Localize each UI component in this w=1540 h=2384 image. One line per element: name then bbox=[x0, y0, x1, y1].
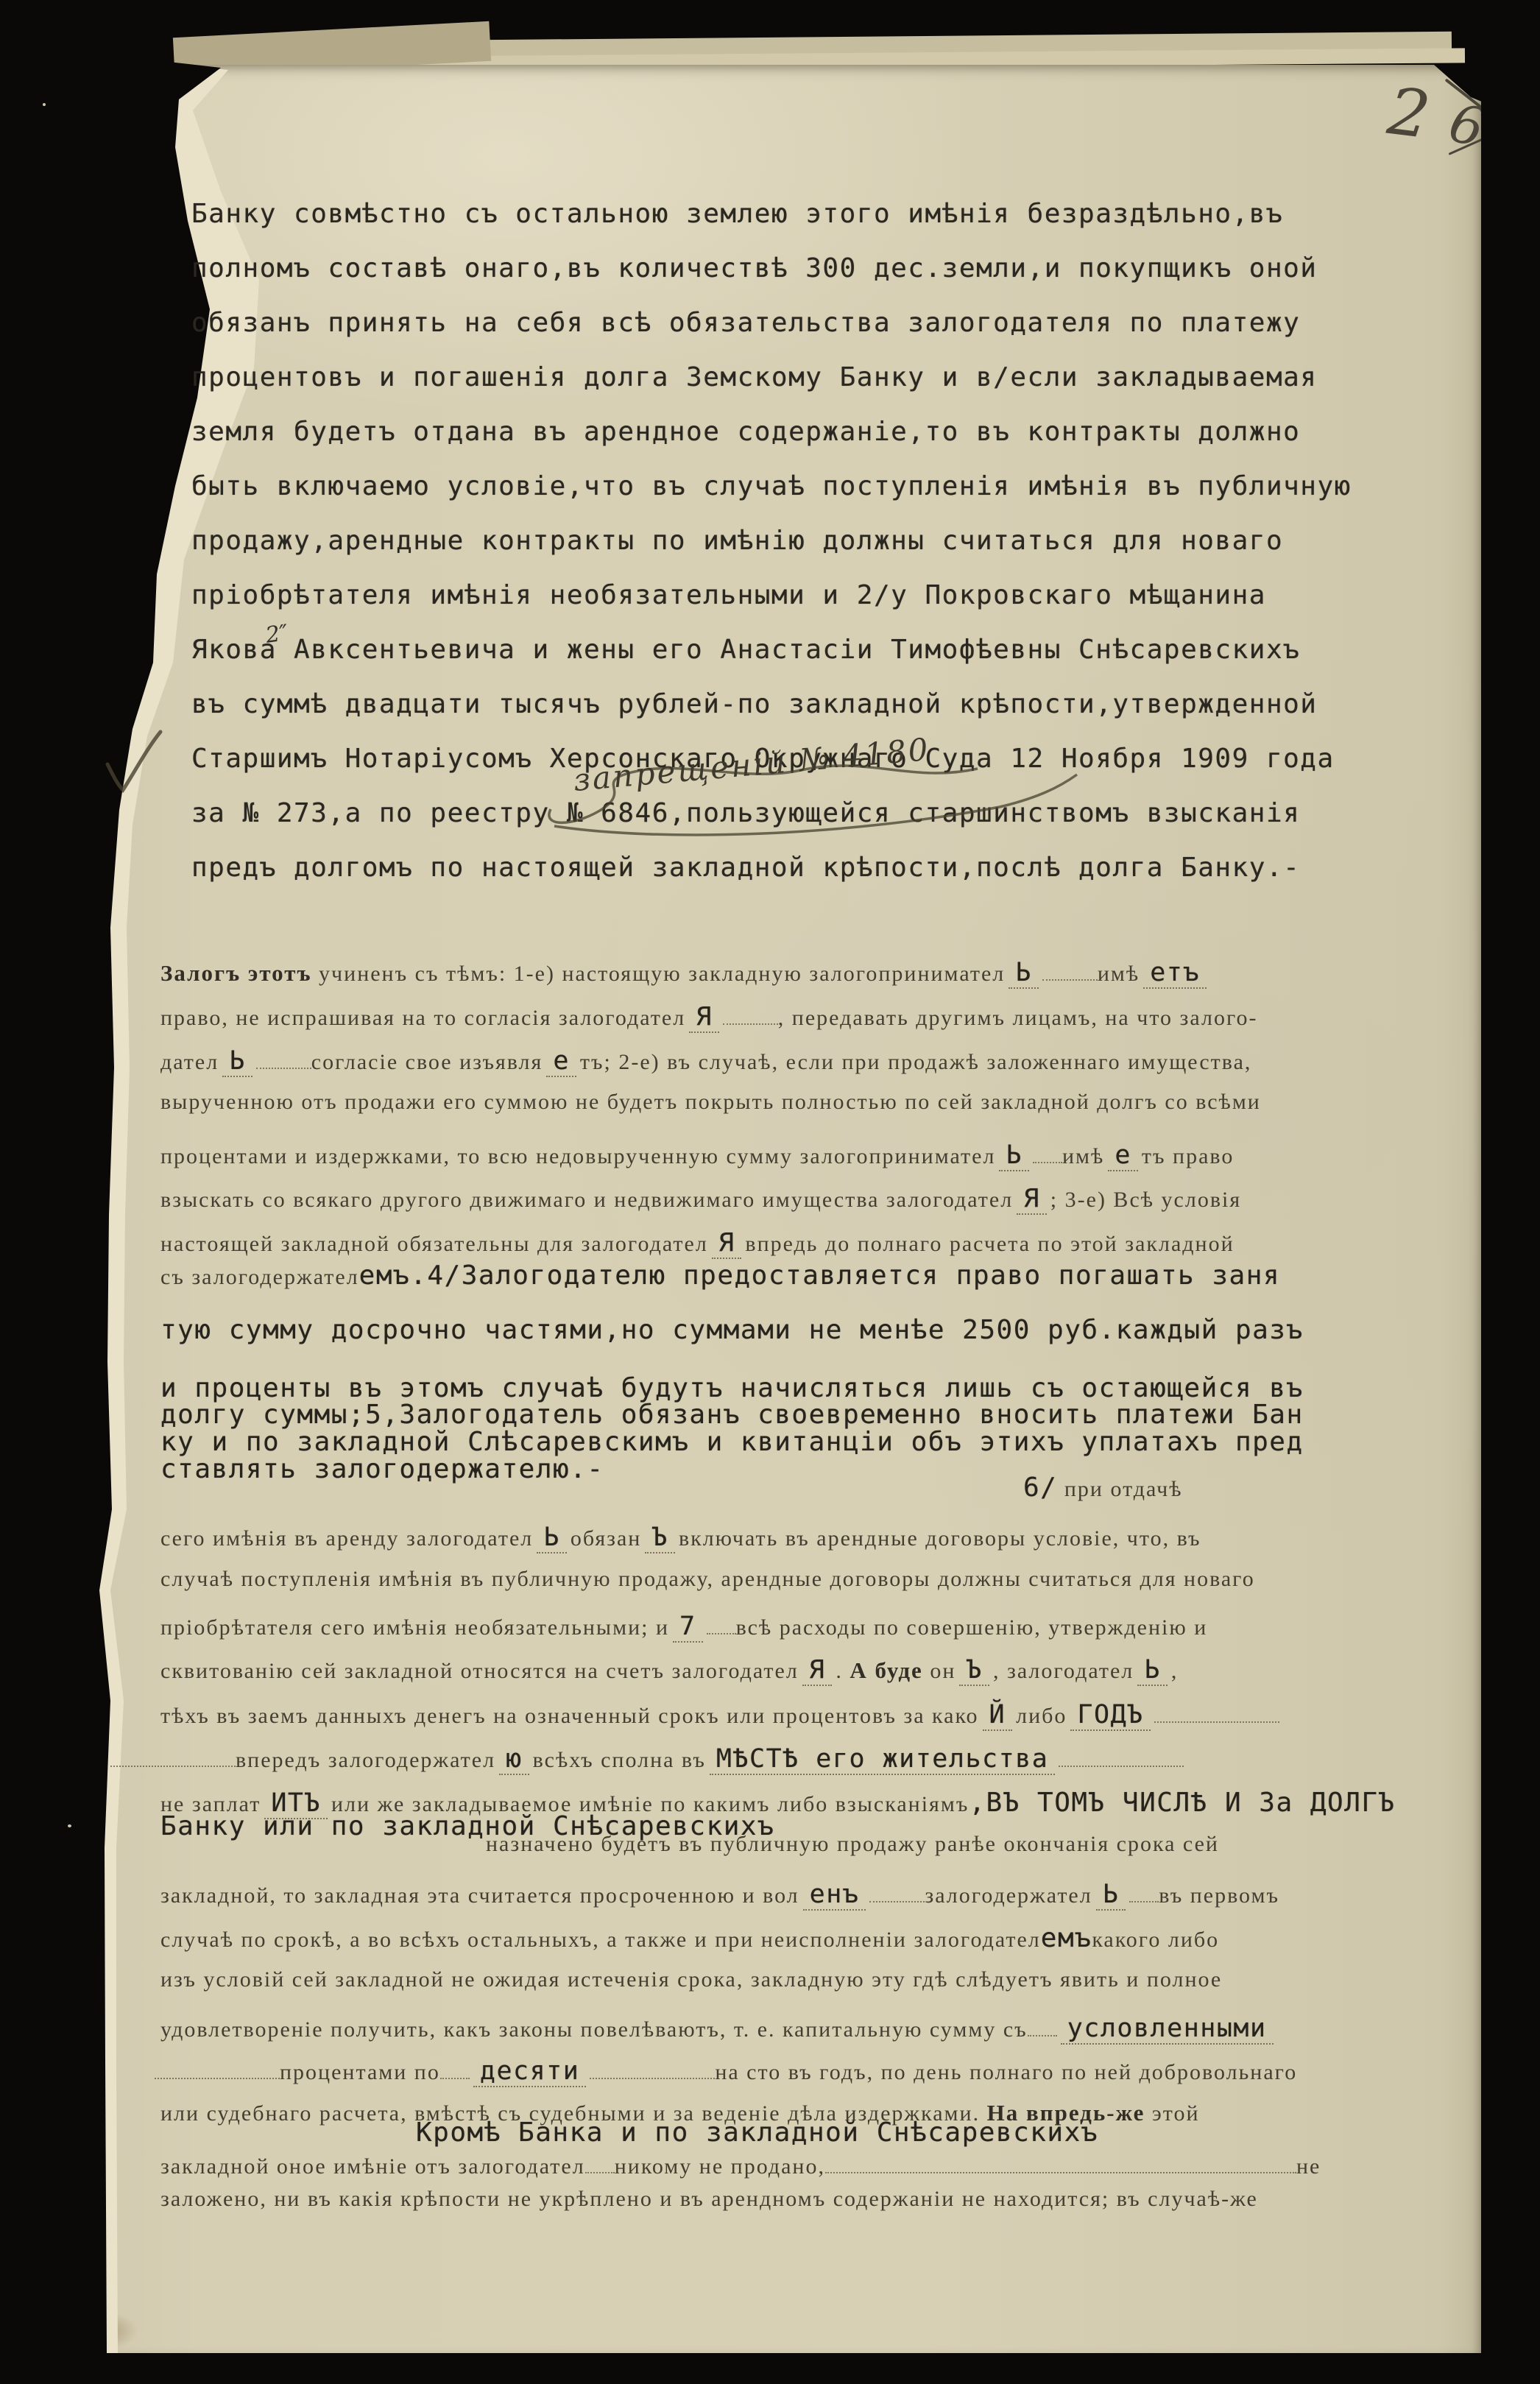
form-line: 6/ при отдачѣ bbox=[1023, 1473, 1183, 1503]
form-segment: тъ право bbox=[1142, 1144, 1234, 1168]
dotted-blank bbox=[1033, 1140, 1062, 1163]
form-segment: Я bbox=[712, 1228, 742, 1259]
dotted-blank bbox=[585, 2150, 615, 2173]
form-segment: 6/ bbox=[1023, 1473, 1057, 1503]
dotted-blank bbox=[1059, 1743, 1184, 1767]
form-segment: е bbox=[1108, 1140, 1138, 1171]
form-segment: съ залогодержател bbox=[160, 1265, 359, 1289]
form-segment: процентами по bbox=[280, 2060, 440, 2084]
dotted-blank bbox=[155, 2056, 280, 2079]
form-segment: никому не продано, bbox=[615, 2154, 825, 2179]
form-segment: Ь bbox=[1009, 958, 1039, 989]
form-line: тѣхъ въ заемъ данныхъ денегъ на означенн… bbox=[160, 1699, 1279, 1729]
form-line: съ залогодержателемъ.4/Залогодателю пред… bbox=[160, 1260, 1280, 1291]
form-segment: всѣхъ сполна въ bbox=[533, 1748, 706, 1772]
form-segment: Кромѣ Банка и по закладной Снѣсаревскихъ bbox=[416, 2117, 1098, 2148]
form-line: удовлетвореніе получить, какъ законы пов… bbox=[160, 2013, 1277, 2043]
form-line: ставлять залогодержателю.- bbox=[160, 1454, 604, 1484]
form-line: впередъ залогодержателювсѣхъ сполна въМѢ… bbox=[110, 1743, 1184, 1774]
form-segment: включать въ арендные договоры условіе, ч… bbox=[679, 1526, 1201, 1551]
form-line: тую сумму досрочно частями,но суммами не… bbox=[160, 1315, 1304, 1345]
dust-speck bbox=[68, 1824, 71, 1827]
interline-correction-mark: 2″ bbox=[264, 620, 290, 649]
dotted-blank bbox=[590, 2056, 715, 2079]
dotted-blank bbox=[1129, 1879, 1159, 1902]
form-segment: процентами и издержками, то всю недовыру… bbox=[160, 1144, 995, 1168]
form-segment: ,ВЪ ТОМЪ ЧИСЛѢ И За ДОЛГЪ bbox=[969, 1788, 1395, 1818]
form-line: ку и по закладной Слѣсаревскимъ и квитан… bbox=[160, 1427, 1304, 1457]
form-segment: удовлетвореніе получить, какъ законы пов… bbox=[160, 2017, 1028, 2042]
form-segment: тъ; 2-е) въ случаѣ, если при продажѣ зал… bbox=[580, 1050, 1251, 1074]
form-segment: въ первомъ bbox=[1159, 1883, 1279, 1908]
form-segment: впередъ залогодержател bbox=[236, 1748, 495, 1772]
typed-line: Банку совмѣстно съ остальною землею этог… bbox=[191, 199, 1369, 253]
form-line: случаѣ поступленія имѣнія въ публичную п… bbox=[160, 1567, 1255, 1592]
form-line: и проценты въ этомъ случаѣ будутъ начисл… bbox=[160, 1373, 1304, 1403]
dotted-blank bbox=[440, 2056, 470, 2079]
form-segment: Я bbox=[689, 1002, 719, 1033]
dotted-blank bbox=[723, 1001, 778, 1025]
form-line: процентами подесятина сто въ годъ, по де… bbox=[155, 2056, 1297, 2086]
form-segment: е bbox=[546, 1046, 576, 1077]
form-segment: енъ bbox=[803, 1880, 866, 1911]
typed-line: полномъ составѣ онаго,въ количествѣ 300 … bbox=[191, 253, 1369, 308]
form-line: пріобрѣтателя сего имѣнія необязательным… bbox=[160, 1611, 1207, 1641]
form-segment: впредь до полнаго расчета по этой заклад… bbox=[745, 1232, 1234, 1256]
form-segment: назначено будетъ въ публичную продажу ра… bbox=[486, 1832, 1219, 1856]
page-content: 2 6 Банку совмѣстно съ остальною землею … bbox=[87, 65, 1481, 2353]
form-segment: дател bbox=[160, 1050, 219, 1074]
typed-line: продажу,арендные контракты по имѣнію дол… bbox=[191, 526, 1369, 580]
form-segment: ГОДЪ bbox=[1070, 1700, 1150, 1731]
form-segment: настоящей закладной обязательны для зало… bbox=[160, 1232, 708, 1256]
form-segment: 7 bbox=[673, 1612, 703, 1643]
form-line: изъ условій сей закладной не ожидая исте… bbox=[160, 1967, 1222, 1992]
form-segment: ставлять залогодержателю.- bbox=[160, 1454, 604, 1484]
form-segment: имѣ bbox=[1098, 962, 1140, 986]
form-line: процентами и издержками, то всю недовыру… bbox=[160, 1140, 1234, 1170]
form-segment: Залогъ этотъ bbox=[160, 960, 312, 986]
form-segment: он bbox=[923, 1659, 956, 1683]
typed-line: предъ долгомъ по настоящей закладной крѣ… bbox=[191, 853, 1369, 907]
form-line: закладной, то закладная эта считается пр… bbox=[160, 1879, 1279, 1909]
typed-line: обязанъ принять на себя всѣ обязательств… bbox=[191, 308, 1369, 362]
form-segment: тѣхъ въ заемъ данныхъ денегъ на означенн… bbox=[160, 1704, 979, 1728]
form-segment: МѢСТѢ его жительства bbox=[710, 1744, 1055, 1775]
form-segment: . bbox=[836, 1659, 850, 1683]
form-segment: долгу суммы;5,Залогодатель обязанъ своев… bbox=[160, 1400, 1304, 1430]
dotted-blank bbox=[110, 1743, 236, 1767]
form-segment: Ь bbox=[1096, 1880, 1126, 1911]
form-line: настоящей закладной обязательны для зало… bbox=[160, 1228, 1235, 1258]
form-segment: и проценты въ этомъ случаѣ будутъ начисл… bbox=[160, 1373, 1304, 1403]
form-segment: пріобрѣтателя сего имѣнія необязательным… bbox=[160, 1615, 669, 1640]
form-segment: сего имѣнія въ аренду залогодател bbox=[160, 1526, 533, 1551]
form-line: дателЬсогласіе свое изъявляетъ; 2-е) въ … bbox=[160, 1045, 1251, 1076]
typed-line: земля будетъ отдана въ арендное содержан… bbox=[191, 417, 1369, 471]
form-segment: сквитованію сей закладной относятся на с… bbox=[160, 1659, 799, 1683]
form-line: заложено, ни въ какія крѣпости не укрѣпл… bbox=[160, 2187, 1258, 2212]
form-line: сего имѣнія въ аренду залогодателЬобязан… bbox=[160, 1523, 1201, 1552]
dotted-blank bbox=[869, 1879, 925, 1902]
form-segment: тую сумму досрочно частями,но суммами не… bbox=[160, 1315, 1304, 1345]
form-segment: Ъ bbox=[645, 1523, 675, 1554]
form-segment: Ь bbox=[999, 1140, 1029, 1171]
typed-line: Якова Авксентьевича и жены его Анастасіи… bbox=[191, 635, 1369, 689]
form-segment: емъ bbox=[1041, 1923, 1092, 1953]
form-line: долгу суммы;5,Залогодатель обязанъ своев… bbox=[160, 1400, 1304, 1430]
form-segment: взыскать со всякаго другого движимаго и … bbox=[160, 1188, 1013, 1212]
form-segment: не bbox=[1296, 2154, 1321, 2179]
form-segment: либо bbox=[1016, 1704, 1067, 1728]
form-segment: Ь bbox=[222, 1046, 252, 1077]
form-segment: имѣ bbox=[1062, 1144, 1104, 1168]
form-line: Залогъ этотъ учиненъ съ тѣмъ: 1-е) насто… bbox=[160, 957, 1210, 987]
form-segment: ку и по закладной Слѣсаревскимъ и квитан… bbox=[160, 1427, 1304, 1457]
dotted-blank bbox=[707, 1611, 736, 1634]
form-segment: изъ условій сей закладной не ожидая исте… bbox=[160, 1967, 1222, 1992]
form-segment: ; 3-е) Всѣ условія bbox=[1050, 1188, 1241, 1212]
form-segment: , bbox=[1171, 1659, 1179, 1683]
form-segment: этой bbox=[1145, 2101, 1199, 2126]
typed-line: пріобрѣтателя имѣнія необязательными и 2… bbox=[191, 580, 1369, 635]
dotted-blank bbox=[256, 1045, 311, 1069]
dust-speck bbox=[43, 103, 46, 106]
form-segment: заложено, ни въ какія крѣпости не укрѣпл… bbox=[160, 2187, 1258, 2211]
form-segment: вырученною отъ продажи его суммою не буд… bbox=[160, 1090, 1261, 1114]
form-segment: учиненъ съ тѣмъ: 1-е) настоящую закладну… bbox=[312, 962, 1006, 986]
form-line: случаѣ по срокѣ, а во всѣхъ остальныхъ, … bbox=[160, 1923, 1219, 1953]
form-segment: случаѣ поступленія имѣнія въ публичную п… bbox=[160, 1567, 1255, 1591]
form-segment: закладной оное имѣніе отъ залогодател bbox=[160, 2154, 585, 2179]
form-segment: Ь bbox=[537, 1523, 567, 1554]
form-segment: какого либо bbox=[1092, 1928, 1219, 1952]
form-segment: условленными bbox=[1061, 2014, 1274, 2045]
form-segment: на сто въ годъ, по день полнаго по ней д… bbox=[715, 2060, 1297, 2084]
form-segment: закладной, то закладная эта считается пр… bbox=[160, 1883, 799, 1908]
form-line: сквитованію сей закладной относятся на с… bbox=[160, 1655, 1178, 1685]
form-segment: Я bbox=[802, 1655, 833, 1686]
document-scan: 2 6 Банку совмѣстно съ остальною землею … bbox=[0, 0, 1540, 2384]
form-segment: случаѣ по срокѣ, а во всѣхъ остальныхъ, … bbox=[160, 1928, 1041, 1952]
form-line: вырученною отъ продажи его суммою не буд… bbox=[160, 1090, 1261, 1115]
dotted-blank bbox=[1154, 1699, 1279, 1723]
form-segment: , передавать другимъ лицамъ, на что зало… bbox=[778, 1006, 1258, 1030]
form-line: Кромѣ Банка и по закладной Снѣсаревскихъ bbox=[416, 2117, 1098, 2148]
form-segment: право, не испрашивая на то согласія зало… bbox=[160, 1006, 685, 1030]
form-segment: Ъ bbox=[959, 1655, 989, 1686]
dotted-blank bbox=[825, 2150, 1296, 2173]
form-segment: согласіе свое изъявля bbox=[311, 1050, 543, 1074]
typed-line: въ суммѣ двадцати тысячъ рублей-по закла… bbox=[191, 689, 1369, 744]
form-line: взыскать со всякаго другого движимаго и … bbox=[160, 1184, 1241, 1213]
form-line: закладной оное имѣніе отъ залогодателник… bbox=[160, 2150, 1321, 2179]
dotted-blank bbox=[1042, 957, 1098, 981]
handwritten-page-number: 2 bbox=[1384, 73, 1434, 153]
form-segment: залогодержател bbox=[925, 1883, 1092, 1908]
form-segment: ю bbox=[499, 1744, 529, 1775]
dotted-blank bbox=[1028, 2013, 1057, 2036]
form-segment: Я bbox=[1017, 1184, 1047, 1215]
form-segment: обязан bbox=[571, 1526, 642, 1551]
form-segment: всѣ расходы по совершенію, утвержденію и bbox=[736, 1615, 1208, 1640]
form-segment: Ь bbox=[1137, 1655, 1168, 1686]
form-segment: при отдачѣ bbox=[1057, 1477, 1182, 1501]
form-line: право, не испрашивая на то согласія зало… bbox=[160, 1001, 1258, 1031]
form-segment: етъ bbox=[1143, 958, 1207, 989]
form-segment: , залогодател bbox=[993, 1659, 1134, 1683]
form-segment: емъ.4/Залогодателю предоставляется право… bbox=[359, 1260, 1280, 1291]
typed-line: быть включаемо условіе,что въ случаѣ пос… bbox=[191, 471, 1369, 526]
margin-checkmark bbox=[103, 726, 169, 800]
form-line: назначено будетъ въ публичную продажу ра… bbox=[486, 1832, 1219, 1857]
typed-line: процентовъ и погашенія долга Земскому Ба… bbox=[191, 362, 1369, 417]
form-segment: десяти bbox=[473, 2056, 586, 2087]
form-segment: Й bbox=[983, 1700, 1013, 1731]
form-segment: А буде bbox=[850, 1657, 922, 1683]
